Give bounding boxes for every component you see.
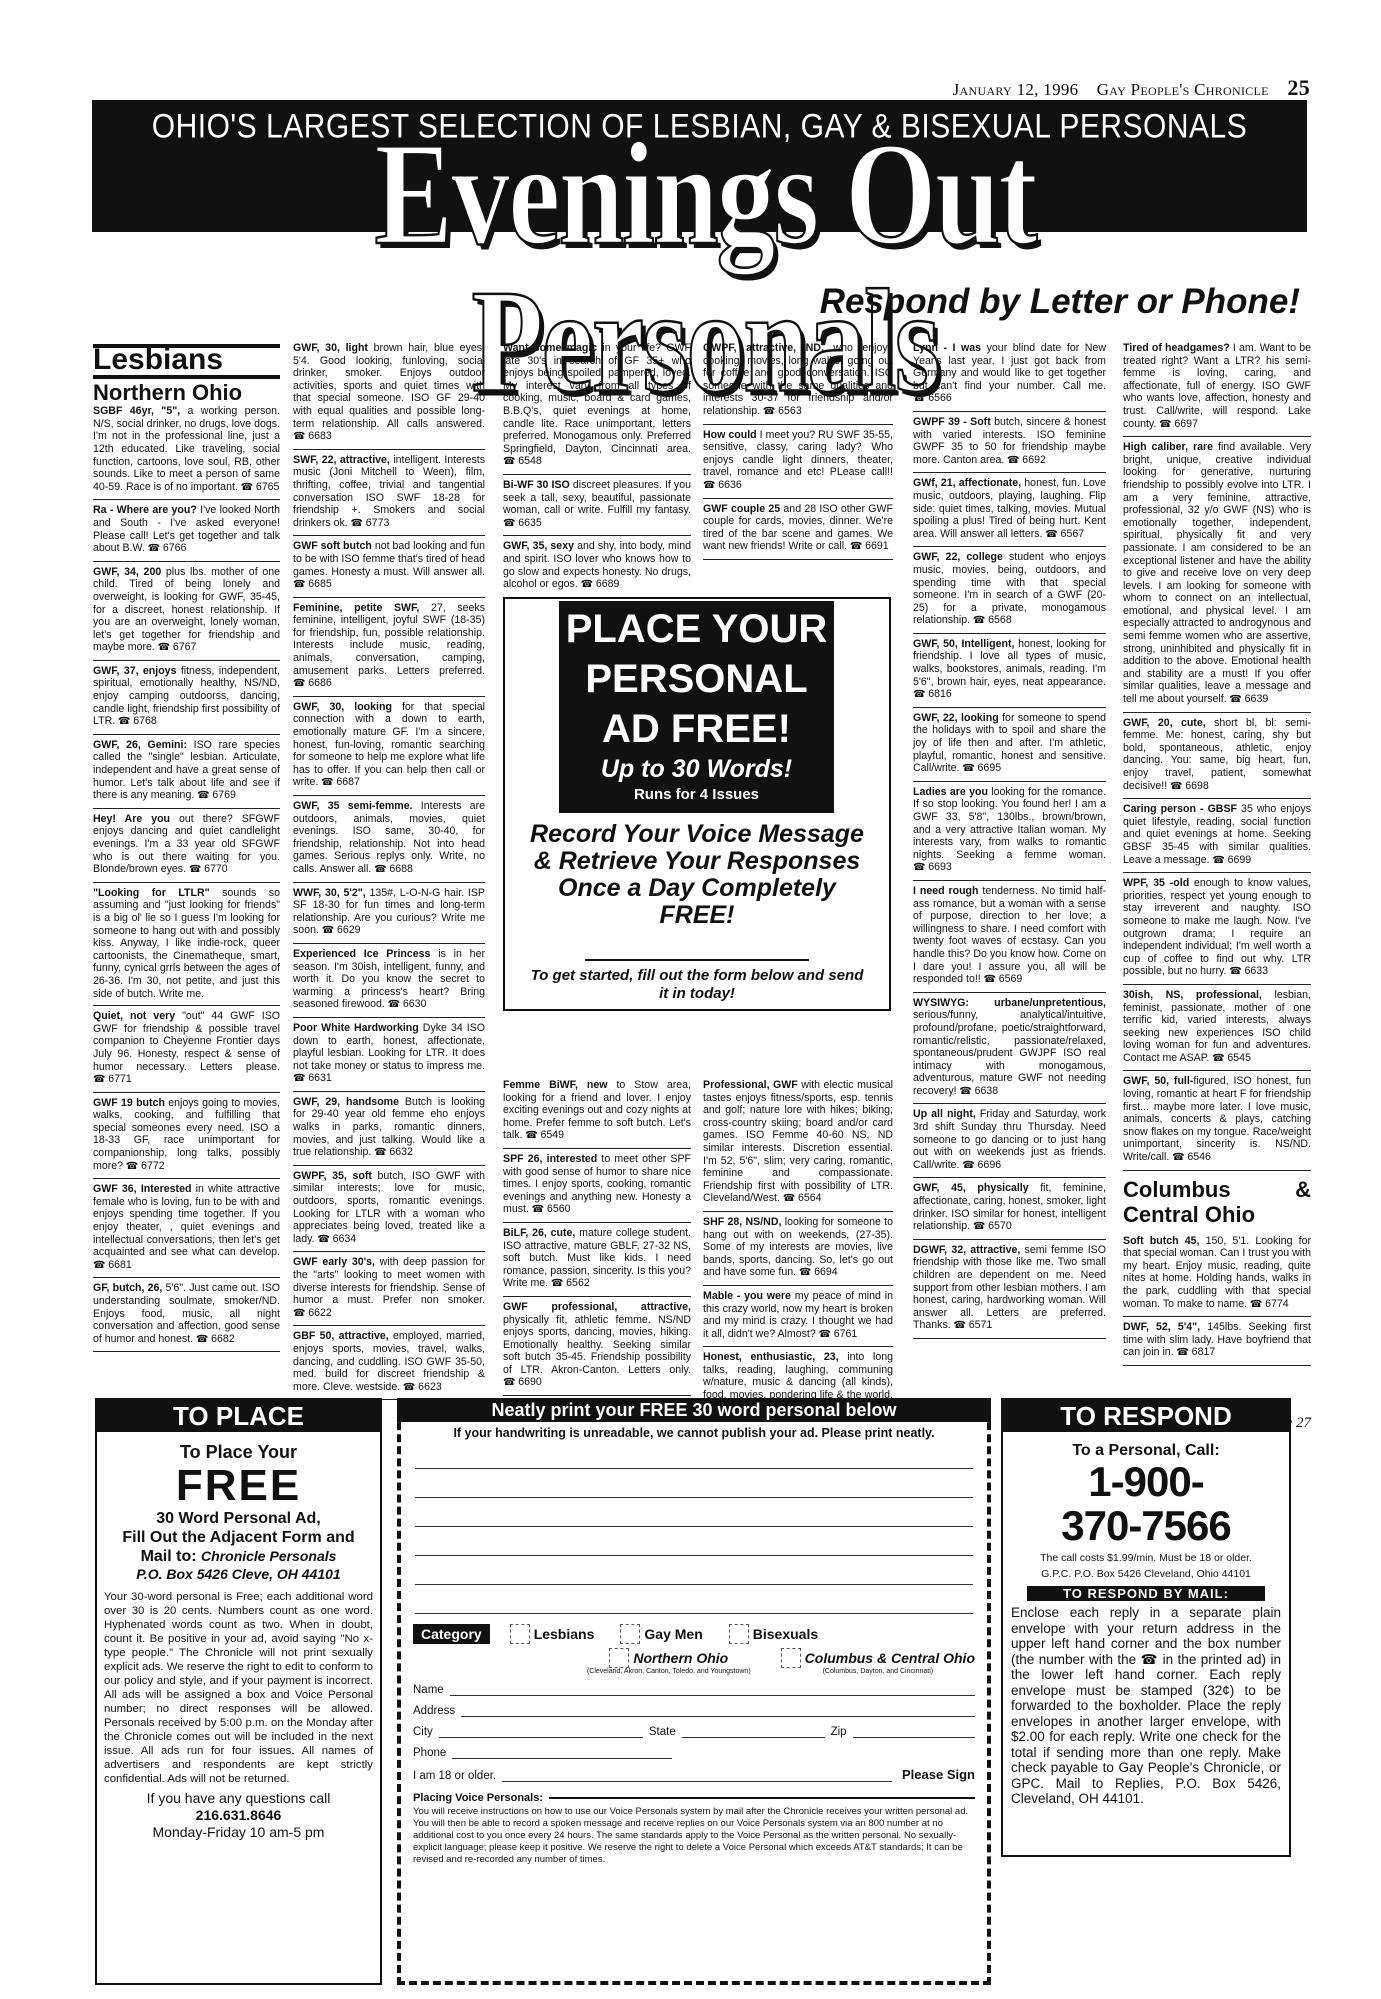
phone-icon: ☎ [348, 518, 366, 529]
phone-icon: ☎ [385, 999, 403, 1010]
phone-icon: ☎ [522, 1130, 540, 1141]
column-5: Lynn - I was your blind date for New Yea… [913, 338, 1106, 1339]
ad-box-number: ☎ 6699 [1210, 854, 1252, 866]
ad-box-number: ☎ 6639 [1227, 693, 1269, 705]
ad-box-number: ☎ 6681 [93, 1259, 132, 1271]
personal-ad: Up all night, Friday and Saturday, work … [913, 1104, 1106, 1178]
personal-ad: GWF, 34, 200 plus lbs. mother of one chi… [93, 562, 280, 661]
personal-ad: GWF, 30, looking for that special connec… [293, 697, 485, 796]
ad-box-number: ☎ 6635 [503, 517, 542, 529]
ad-box-number: ☎ 6771 [93, 1073, 132, 1085]
ad-text: serious/funny, analytical/intuitive, pro… [913, 1009, 1106, 1097]
phone-icon: ☎ [1004, 455, 1022, 466]
category-bisexuals[interactable]: Bisexuals [729, 1624, 818, 1644]
ad-box-number: ☎ 6767 [155, 641, 197, 653]
ad-lead: High caliber, rare [1123, 441, 1213, 453]
personal-ad: GWF, 22, looking for someone to spend th… [913, 708, 1106, 782]
region-row: Northern Ohio (Cleveland, Akron, Canton,… [413, 1648, 975, 1675]
phone-icon: ☎ [847, 541, 865, 552]
phone-icon: ☎ [913, 689, 928, 700]
phone-icon: ☎ [238, 482, 256, 493]
personal-ad: I need rough tenderness. No timid half-a… [913, 881, 1106, 993]
personal-ad: SGBF 46yr, "5", a working person. N/S, s… [93, 401, 280, 500]
phone-icon: ☎ [293, 678, 308, 689]
ad-box-number: ☎ 6622 [293, 1307, 332, 1319]
ad-box-number: ☎ 6545 [1209, 1052, 1251, 1064]
phone-icon: ☎ [123, 1161, 141, 1172]
voice-personals-header: Placing Voice Personals: [413, 1792, 975, 1804]
phone-field[interactable]: Phone [413, 1746, 975, 1759]
ad-box-number: ☎ 6631 [293, 1072, 332, 1084]
zip-field[interactable] [853, 1725, 975, 1738]
personal-ad: GWF 36, Interested in white attractive f… [93, 1179, 280, 1278]
phone-icon: ☎ [951, 1320, 969, 1331]
ad-lead: GBF 50, attractive, [293, 1330, 389, 1342]
ad-box-number: ☎ 6564 [780, 1192, 822, 1204]
ad-box-number: ☎ 6562 [548, 1277, 590, 1289]
phone-icon: ☎ [371, 1147, 389, 1158]
ad-list: Femme BiWF, new to Stow area, looking fo… [503, 1075, 691, 1396]
ad-lead: BiLF, 26, cute, [503, 1227, 575, 1239]
form-header: Neatly print your FREE 30 word personal … [397, 1398, 991, 1422]
personal-ad: Femme BiWF, new to Stow area, looking fo… [503, 1075, 691, 1149]
phone-icon: ☎ [293, 1308, 308, 1319]
column-3: Want some magic in your life? GWF late 3… [503, 338, 691, 598]
category-row: Category Lesbians Gay Men Bisexuals [413, 1624, 975, 1644]
ad-text: semi femme ISO friendship with those lik… [913, 1244, 1106, 1332]
ad-lead: GWF, 35, sexy [503, 540, 574, 552]
phone-icon: ☎ [960, 1160, 978, 1171]
ad-text: enough to know values, priorities, respe… [1123, 877, 1311, 977]
personal-ad: Bi-WF 30 ISO discreet pleasures. If you … [503, 475, 691, 536]
promo-voice-text: Record Your Voice Message & Retrieve You… [525, 821, 869, 929]
ad-lead: SWF, 22, attractive, [293, 454, 390, 466]
phone-icon: ☎ [1247, 1299, 1265, 1310]
ad-text-line[interactable] [415, 1527, 973, 1556]
phone-icon: ☎ [315, 1234, 333, 1245]
ad-text-line[interactable] [415, 1585, 973, 1614]
ad-lead: GWF 36, Interested [93, 1183, 191, 1195]
ad-text: sounds so assuming and "just looking for… [93, 887, 280, 1000]
ad-box-number: ☎ 6695 [960, 762, 1002, 774]
ad-lead: WPF, 35 -old [1123, 877, 1189, 889]
personal-ad: GWF, 50, full-figured, ISO honest, fun l… [1123, 1071, 1311, 1170]
personal-ad: GBF 50, attractive, employed, married, e… [293, 1326, 485, 1400]
phone-icon: ☎ [400, 1382, 418, 1393]
ad-box-number: ☎ 6692 [1004, 454, 1046, 466]
personal-ad: 30ish, NS, professional, lesbian, femini… [1123, 985, 1311, 1072]
ad-lead: GWf, 21, affectionate, [913, 477, 1021, 489]
response-phone-line1: 1-900- [1003, 1460, 1289, 1504]
ad-box-number: ☎ 6636 [703, 479, 742, 491]
ad-list: Tired of headgames? I am. Want to be tre… [1123, 338, 1311, 1171]
ad-lead: Hey! Are you [93, 813, 170, 825]
ad-text: figured, ISO honest, fun loving, romanti… [1123, 1075, 1311, 1163]
personal-ad: GWF, 35, sexy and shy, into body, mind a… [503, 536, 691, 597]
promo-start-text: To get started, fill out the form below … [525, 967, 869, 1003]
ad-box-number: ☎ 6774 [1247, 1298, 1289, 1310]
ad-box-number: ☎ 6633 [1226, 965, 1268, 977]
ad-lead: GWF, 20, cute, [1123, 717, 1206, 729]
personal-ad: High caliber, rare find available. Very … [1123, 437, 1311, 712]
personal-ad: GWF, 35 semi-femme. Interests are outdoo… [293, 796, 485, 883]
ad-lead: GWF, 45, physically [913, 1182, 1029, 1194]
ad-text: I am. Want to be treated right? Want a L… [1123, 342, 1311, 430]
to-place-header: TO PLACE [97, 1400, 380, 1432]
ad-lead: Honest, enthusiastic, 23, [703, 1351, 839, 1363]
voice-personals-text: You will receive instructions on how to … [413, 1806, 975, 1866]
personal-ad-form: Neatly print your FREE 30 word personal … [397, 1398, 991, 1985]
ad-text-line[interactable] [415, 1498, 973, 1527]
column-1: Lesbians Northern Ohio SGBF 46yr, "5", a… [93, 338, 280, 1352]
ad-lead: GWF, 30, light [293, 342, 368, 354]
ad-text: plus lbs. mother of one child. Tired of … [93, 566, 280, 654]
personal-ad: "Looking for LTLR" sounds so assuming an… [93, 883, 280, 1006]
ad-lead: 30ish, NS, professional, [1123, 989, 1262, 1001]
ad-box-number: ☎ 6690 [503, 1376, 542, 1388]
personal-ad: GWF, 22, college student who enjoys musi… [913, 547, 1106, 634]
ad-box-number: ☎ 6694 [796, 1266, 838, 1278]
personal-ad: How could I meet you? RU SWF 35-55, sens… [703, 425, 893, 499]
phone-icon: ☎ [186, 864, 204, 875]
phone-icon: ☎ [960, 763, 978, 774]
phone-icon: ☎ [1043, 529, 1061, 540]
phone-icon: ☎ [1174, 1347, 1192, 1358]
response-phone-line2: 370-7566 [1003, 1504, 1289, 1548]
ad-text: brown hair, blue eyes, 5'4. Good looking… [293, 342, 485, 430]
ad-lead: SHF 28, NS/ND, [703, 1216, 781, 1228]
ad-lead: Quiet, not very [93, 1010, 175, 1022]
ad-lead: Up all night, [913, 1108, 976, 1120]
personal-ad: SHF 28, NS/ND, looking for someone to ha… [703, 1212, 893, 1286]
ad-box-number: ☎ 6698 [1167, 780, 1209, 792]
ad-lead: "Looking for LTLR" [93, 887, 210, 899]
promo-headline: PLACE YOUR PERSONAL AD FREE! Up to 30 Wo… [559, 601, 834, 813]
section-title: Lesbians [93, 344, 280, 379]
ad-box-number: ☎ 6629 [319, 924, 361, 936]
phone-icon: ☎ [970, 1221, 988, 1232]
phone-icon: ☎ [957, 1086, 975, 1097]
ad-lead: GWF couple 25 [703, 503, 780, 515]
phone-icon: ☎ [293, 579, 308, 590]
phone-icon: ☎ [703, 480, 718, 491]
ad-lead: Poor White Hardworking [293, 1022, 419, 1034]
ad-lead: Mable - you were [703, 1290, 791, 1302]
ad-box-number: ☎ 6560 [529, 1203, 571, 1215]
ad-lead: GWF, 29, handsome [293, 1096, 399, 1108]
ad-box-number: ☎ 6566 [913, 392, 952, 404]
phone-icon: ☎ [796, 1267, 814, 1278]
ad-lead: WYSIWYG: urbane/unpretentious, [913, 997, 1106, 1009]
personal-ad: Poor White Hardworking Dyke 34 ISO down … [293, 1018, 485, 1092]
personal-ad: GWF early 30's, with deep passion for th… [293, 1252, 485, 1326]
region-heading-central: Columbus & Central Ohio [1123, 1177, 1311, 1227]
column-4-lower: Professional, GWF with electic musical t… [703, 1075, 893, 1421]
ad-text-line[interactable] [415, 1440, 973, 1469]
checkbox[interactable] [781, 1648, 801, 1668]
personal-ad: Hey! Are you out there? SFGWF enjoys dan… [93, 809, 280, 883]
address-field[interactable]: Address [413, 1704, 975, 1717]
phone-icon: ☎ [913, 393, 928, 404]
phone-icon: ☎ [1226, 966, 1244, 977]
respond-by-mail-header: TO RESPOND BY MAIL: [1027, 1586, 1265, 1601]
personal-ad: Ladies are you looking for the romance. … [913, 782, 1106, 881]
ad-lead: SPF 26, interested [503, 1153, 597, 1165]
personal-ad: GWF, 50, Intelligent, honest, looking fo… [913, 634, 1106, 708]
personal-ad: Caring person - GBSF 35 who enjoys quiet… [1123, 799, 1311, 873]
checkbox[interactable] [729, 1624, 749, 1644]
ad-text: tenderness. No timid half-ass romance, b… [913, 885, 1106, 985]
ad-lead: GWF, 30, looking [293, 701, 392, 713]
ad-box-number: ☎ 6687 [318, 776, 360, 788]
signature-field[interactable]: I am 18 or older.Please Sign [413, 1767, 975, 1782]
phone-icon: ☎ [115, 716, 133, 727]
personal-ad: GWF, 26, Gemini: ISO rare species called… [93, 735, 280, 809]
personal-ad: Feminine, petite SWF, 27, seeks feminine… [293, 598, 485, 697]
ad-lead: WWF, 30, 5'2", [293, 887, 366, 899]
ad-text-line[interactable] [415, 1469, 973, 1498]
checkbox[interactable] [620, 1624, 640, 1644]
free-heading: FREE [97, 1463, 380, 1509]
personal-ad: GWF professional, attractive, physically… [503, 1297, 691, 1396]
contact-phone: 216.631.8646 [97, 1807, 380, 1824]
page-number: 25 [1287, 75, 1310, 100]
personal-ad: GWF soft butch not bad looking and fun t… [293, 536, 485, 597]
checkbox[interactable] [510, 1624, 530, 1644]
ad-list: Lynn - I was your blind date for New Yea… [913, 338, 1106, 1339]
publication-name: Gay People's Chronicle [1097, 80, 1269, 99]
respond-by-mail-text: Enclose each reply in a separate plain e… [1003, 1605, 1289, 1807]
ad-box-number: ☎ 6769 [194, 789, 236, 801]
personal-ad: GWF, 37, enjoys fitness, independent, sp… [93, 661, 280, 735]
personal-ad: GWF, 45, physically fit, feminine, affec… [913, 1178, 1106, 1239]
phone-icon: ☎ [578, 579, 596, 590]
personal-ad: GWPF, attractive, ND, who enjoys cooking… [703, 338, 893, 425]
phone-icon: ☎ [93, 1074, 108, 1085]
ad-list-central: Soft butch 45, 150, 5'1. Looking for tha… [1123, 1231, 1311, 1366]
phone-icon: ☎ [780, 1193, 798, 1204]
ad-lead: GWF, 50, full- [1123, 1075, 1193, 1087]
ad-lead: Bi-WF 30 ISO [503, 479, 570, 491]
ad-lead: GWF, 26, Gemini: [93, 739, 187, 751]
phone-icon: ☎ [913, 862, 928, 873]
personal-ad: GWF couple 25 and 28 ISO other GWF coupl… [703, 499, 893, 560]
ad-lead: GWPF, attractive, ND, [703, 342, 824, 354]
phone-icon: ☎ [548, 1278, 566, 1289]
ad-box-number: ☎ 6567 [1043, 528, 1085, 540]
phone-icon: ☎ [318, 777, 336, 788]
ad-box-number: ☎ 6696 [960, 1159, 1002, 1171]
ad-lead: Feminine, petite SWF, [293, 602, 419, 614]
ad-box-number: ☎ 6688 [371, 863, 413, 875]
personal-ad: SPF 26, interested to meet other SPF wit… [503, 1149, 691, 1223]
ad-lead: GWF 19 butch [93, 1097, 165, 1109]
ad-box-number: ☎ 6571 [951, 1319, 993, 1331]
ad-box-number: ☎ 6563 [760, 405, 802, 417]
city-state-zip-row: City State Zip [413, 1725, 975, 1738]
issue-date: January 12, 1996 [953, 80, 1079, 99]
ad-lead: Ra - Where are you? [93, 504, 197, 516]
ad-list: Want some magic in your life? GWF late 3… [503, 338, 691, 598]
checkbox[interactable] [609, 1648, 629, 1668]
ad-box-number: ☎ 6765 [238, 481, 280, 493]
phone-icon: ☎ [293, 431, 308, 442]
phone-icon: ☎ [193, 1334, 211, 1345]
phone-icon: ☎ [194, 790, 212, 801]
column-6: Tired of headgames? I am. Want to be tre… [1123, 338, 1311, 1366]
phone-icon: ☎ [503, 1377, 518, 1388]
personal-ad: DWF, 52, 5'4", 145lbs. Seeking first tim… [1123, 1317, 1311, 1366]
ad-lead: Ladies are you [913, 786, 988, 798]
phone-icon: ☎ [293, 1073, 308, 1084]
ad-box-number: ☎ 6768 [115, 715, 157, 727]
ad-lead: GWF early 30's, [293, 1256, 375, 1268]
personal-ad: GWPF 39 - Soft butch, sincere & honest w… [913, 412, 1106, 473]
phone-icon: ☎ [529, 1204, 547, 1215]
ad-lead: Experienced Ice Princess [293, 948, 430, 960]
ad-text: physically fit, athletic femme. NS/ND en… [503, 1314, 691, 1376]
personal-ad: Ra - Where are you? I've looked North an… [93, 500, 280, 561]
personal-ad: Tired of headgames? I am. Want to be tre… [1123, 338, 1311, 437]
region-northern-ohio[interactable]: Northern Ohio (Cleveland, Akron, Canton,… [587, 1648, 751, 1675]
ad-lead: DWF, 52, 5'4", [1123, 1321, 1200, 1333]
ad-box-number: ☎ 6568 [970, 614, 1012, 626]
phone-icon: ☎ [1209, 1053, 1227, 1064]
ad-text: find available. Very bright, unique, cre… [1123, 441, 1311, 705]
phone-icon: ☎ [1227, 694, 1245, 705]
phone-icon: ☎ [816, 1329, 834, 1340]
ad-lead: DGWF, 32, attractive, [913, 1244, 1020, 1256]
phone-icon: ☎ [503, 518, 518, 529]
personal-ad: Professional, GWF with electic musical t… [703, 1075, 893, 1212]
column-3-lower: Femme BiWF, new to Stow area, looking fo… [503, 1075, 691, 1396]
ad-box-number: ☎ 6569 [981, 973, 1023, 985]
state-field[interactable] [682, 1725, 825, 1738]
personal-ad: Soft butch 45, 150, 5'1. Looking for tha… [1123, 1231, 1311, 1318]
ad-lead: GWF soft butch [293, 540, 372, 552]
ad-lead: GWF, 35 semi-femme. [293, 800, 413, 812]
ad-box-number: ☎ 6689 [578, 578, 620, 590]
phone-icon: ☎ [371, 864, 389, 875]
ad-box-number: ☎ 6686 [293, 677, 332, 689]
phone-icon: ☎ [970, 615, 988, 626]
personal-ad: GWF 19 butch enjoys going to movies, wal… [93, 1093, 280, 1180]
ad-lead: Professional, GWF [703, 1079, 798, 1091]
to-place-box: TO PLACE To Place Your FREE 30 Word Pers… [95, 1398, 382, 1985]
ad-text: with electic musical tastes enjoys fitne… [703, 1079, 893, 1204]
ad-box-number: ☎ 6623 [400, 1381, 442, 1393]
ad-box-number: ☎ 6630 [385, 998, 427, 1010]
ad-box-number: ☎ 6570 [970, 1220, 1012, 1232]
ad-box-number: ☎ 6638 [957, 1085, 999, 1097]
form-note: If your handwriting is unreadable, we ca… [401, 1426, 987, 1440]
ad-lead: GF, butch, 26, [93, 1282, 162, 1294]
personal-ad: GF, butch, 26, 5'6". Just came out. ISO … [93, 1278, 280, 1352]
personal-ad: BiLF, 26, cute, mature college student. … [503, 1223, 691, 1297]
divider [585, 959, 809, 961]
ad-lead: Soft butch 45, [1123, 1235, 1199, 1247]
category-label: Category [413, 1624, 490, 1644]
region-central-ohio[interactable]: Columbus & Central Ohio (Columbus, Dayto… [781, 1648, 975, 1675]
ad-text: in your life? GWF late 30's in search of… [503, 342, 691, 455]
ad-box-number: ☎ 6549 [522, 1129, 564, 1141]
personal-ad: DGWF, 32, attractive, semi femme ISO fri… [913, 1240, 1106, 1339]
ad-box-number: ☎ 6546 [1169, 1151, 1211, 1163]
region-heading-northern: Northern Ohio [93, 387, 280, 400]
ad-lead: How could [703, 429, 757, 441]
ad-box-number: ☎ 6682 [193, 1333, 235, 1345]
personal-ad: Want some magic in your life? GWF late 3… [503, 338, 691, 475]
phone-icon: ☎ [1156, 419, 1174, 430]
personal-ad: WWF, 30, 5'2", 135#, L-O-N-G hair. ISP S… [293, 883, 485, 944]
ad-text: a working person. N/S, social drinker, n… [93, 405, 280, 493]
running-head: January 12, 1996 Gay People's Chronicle … [650, 75, 1310, 101]
phone-icon: ☎ [145, 543, 163, 554]
ad-box-number: ☎ 6766 [145, 542, 187, 554]
mailing-address: P.O. Box 5426 Cleve, OH 44101 [97, 1566, 380, 1582]
ad-box-number: ☎ 6817 [1174, 1346, 1216, 1358]
ad-lead: GWF, 37, enjoys [93, 665, 176, 677]
personal-ad: Mable - you were my peace of mind in thi… [703, 1286, 893, 1347]
ad-box-number: ☎ 6691 [847, 540, 889, 552]
personal-ad: Lynn - I was your blind date for New Yea… [913, 338, 1106, 412]
personal-ad: GWF, 29, handsome Butch is looking for 2… [293, 1092, 485, 1166]
ad-text-line[interactable] [415, 1556, 973, 1585]
ad-box-number: ☎ 6770 [186, 863, 228, 875]
ad-box-number: ☎ 6761 [816, 1328, 858, 1340]
name-field[interactable]: Name [413, 1683, 975, 1696]
column-4: GWPF, attractive, ND, who enjoys cooking… [703, 338, 893, 560]
personal-ad: WPF, 35 -old enough to know values, prio… [1123, 873, 1311, 985]
ad-lead: SGBF 46yr, "5", [93, 405, 180, 417]
ad-list: GWF, 30, light brown hair, blue eyes, 5'… [293, 338, 485, 1400]
ad-lead: GWF professional, attractive, [503, 1301, 691, 1313]
city-field[interactable] [439, 1725, 643, 1738]
phone-icon: ☎ [155, 642, 173, 653]
phone-icon: ☎ [319, 925, 337, 936]
personal-ad: Quiet, not very "out" 44 GWF ISO GWF for… [93, 1006, 280, 1093]
personal-ad: GWF, 20, cute, short bl, bl: semi-femme.… [1123, 713, 1311, 800]
to-respond-header: TO RESPOND [1003, 1400, 1289, 1432]
category-lesbians[interactable]: Lesbians [510, 1624, 595, 1644]
ad-list: SGBF 46yr, "5", a working person. N/S, s… [93, 401, 280, 1352]
category-gay-men[interactable]: Gay Men [620, 1624, 702, 1644]
ad-box-number: ☎ 6683 [293, 430, 332, 442]
ad-list: GWPF, attractive, ND, who enjoys cooking… [703, 338, 893, 560]
phone-icon: ☎ [1169, 1152, 1187, 1163]
ad-list: Professional, GWF with electic musical t… [703, 1075, 893, 1421]
phone-icon: ☎ [1167, 781, 1185, 792]
to-respond-box: TO RESPOND To a Personal, Call: 1-900- 3… [1001, 1398, 1291, 1857]
ad-box-number: ☎ 6693 [913, 861, 952, 873]
phone-icon: ☎ [93, 1260, 108, 1271]
ad-box-number: ☎ 6632 [371, 1146, 413, 1158]
personal-ad: Experienced Ice Princess is in her seaso… [293, 944, 485, 1018]
personal-ad: WYSIWYG: urbane/unpretentious, serious/f… [913, 993, 1106, 1105]
ad-box-number: ☎ 6548 [503, 455, 542, 467]
ad-box-number: ☎ 6773 [348, 517, 390, 529]
column-2: GWF, 30, light brown hair, blue eyes, 5'… [293, 338, 485, 1400]
ad-box-number: ☎ 6772 [123, 1160, 165, 1172]
promo-box: PLACE YOUR PERSONAL AD FREE! Up to 30 Wo… [503, 597, 891, 1011]
ad-box-number: ☎ 6634 [315, 1233, 357, 1245]
phone-icon: ☎ [760, 406, 778, 417]
ad-lead: GWF, 22, college [913, 551, 1003, 563]
ad-lead: Lynn - I was [913, 342, 981, 354]
ad-text: for that special connection with a down … [293, 701, 485, 789]
respond-tagline: Respond by Letter or Phone! [640, 282, 1300, 322]
ad-box-number: ☎ 6697 [1156, 418, 1198, 430]
